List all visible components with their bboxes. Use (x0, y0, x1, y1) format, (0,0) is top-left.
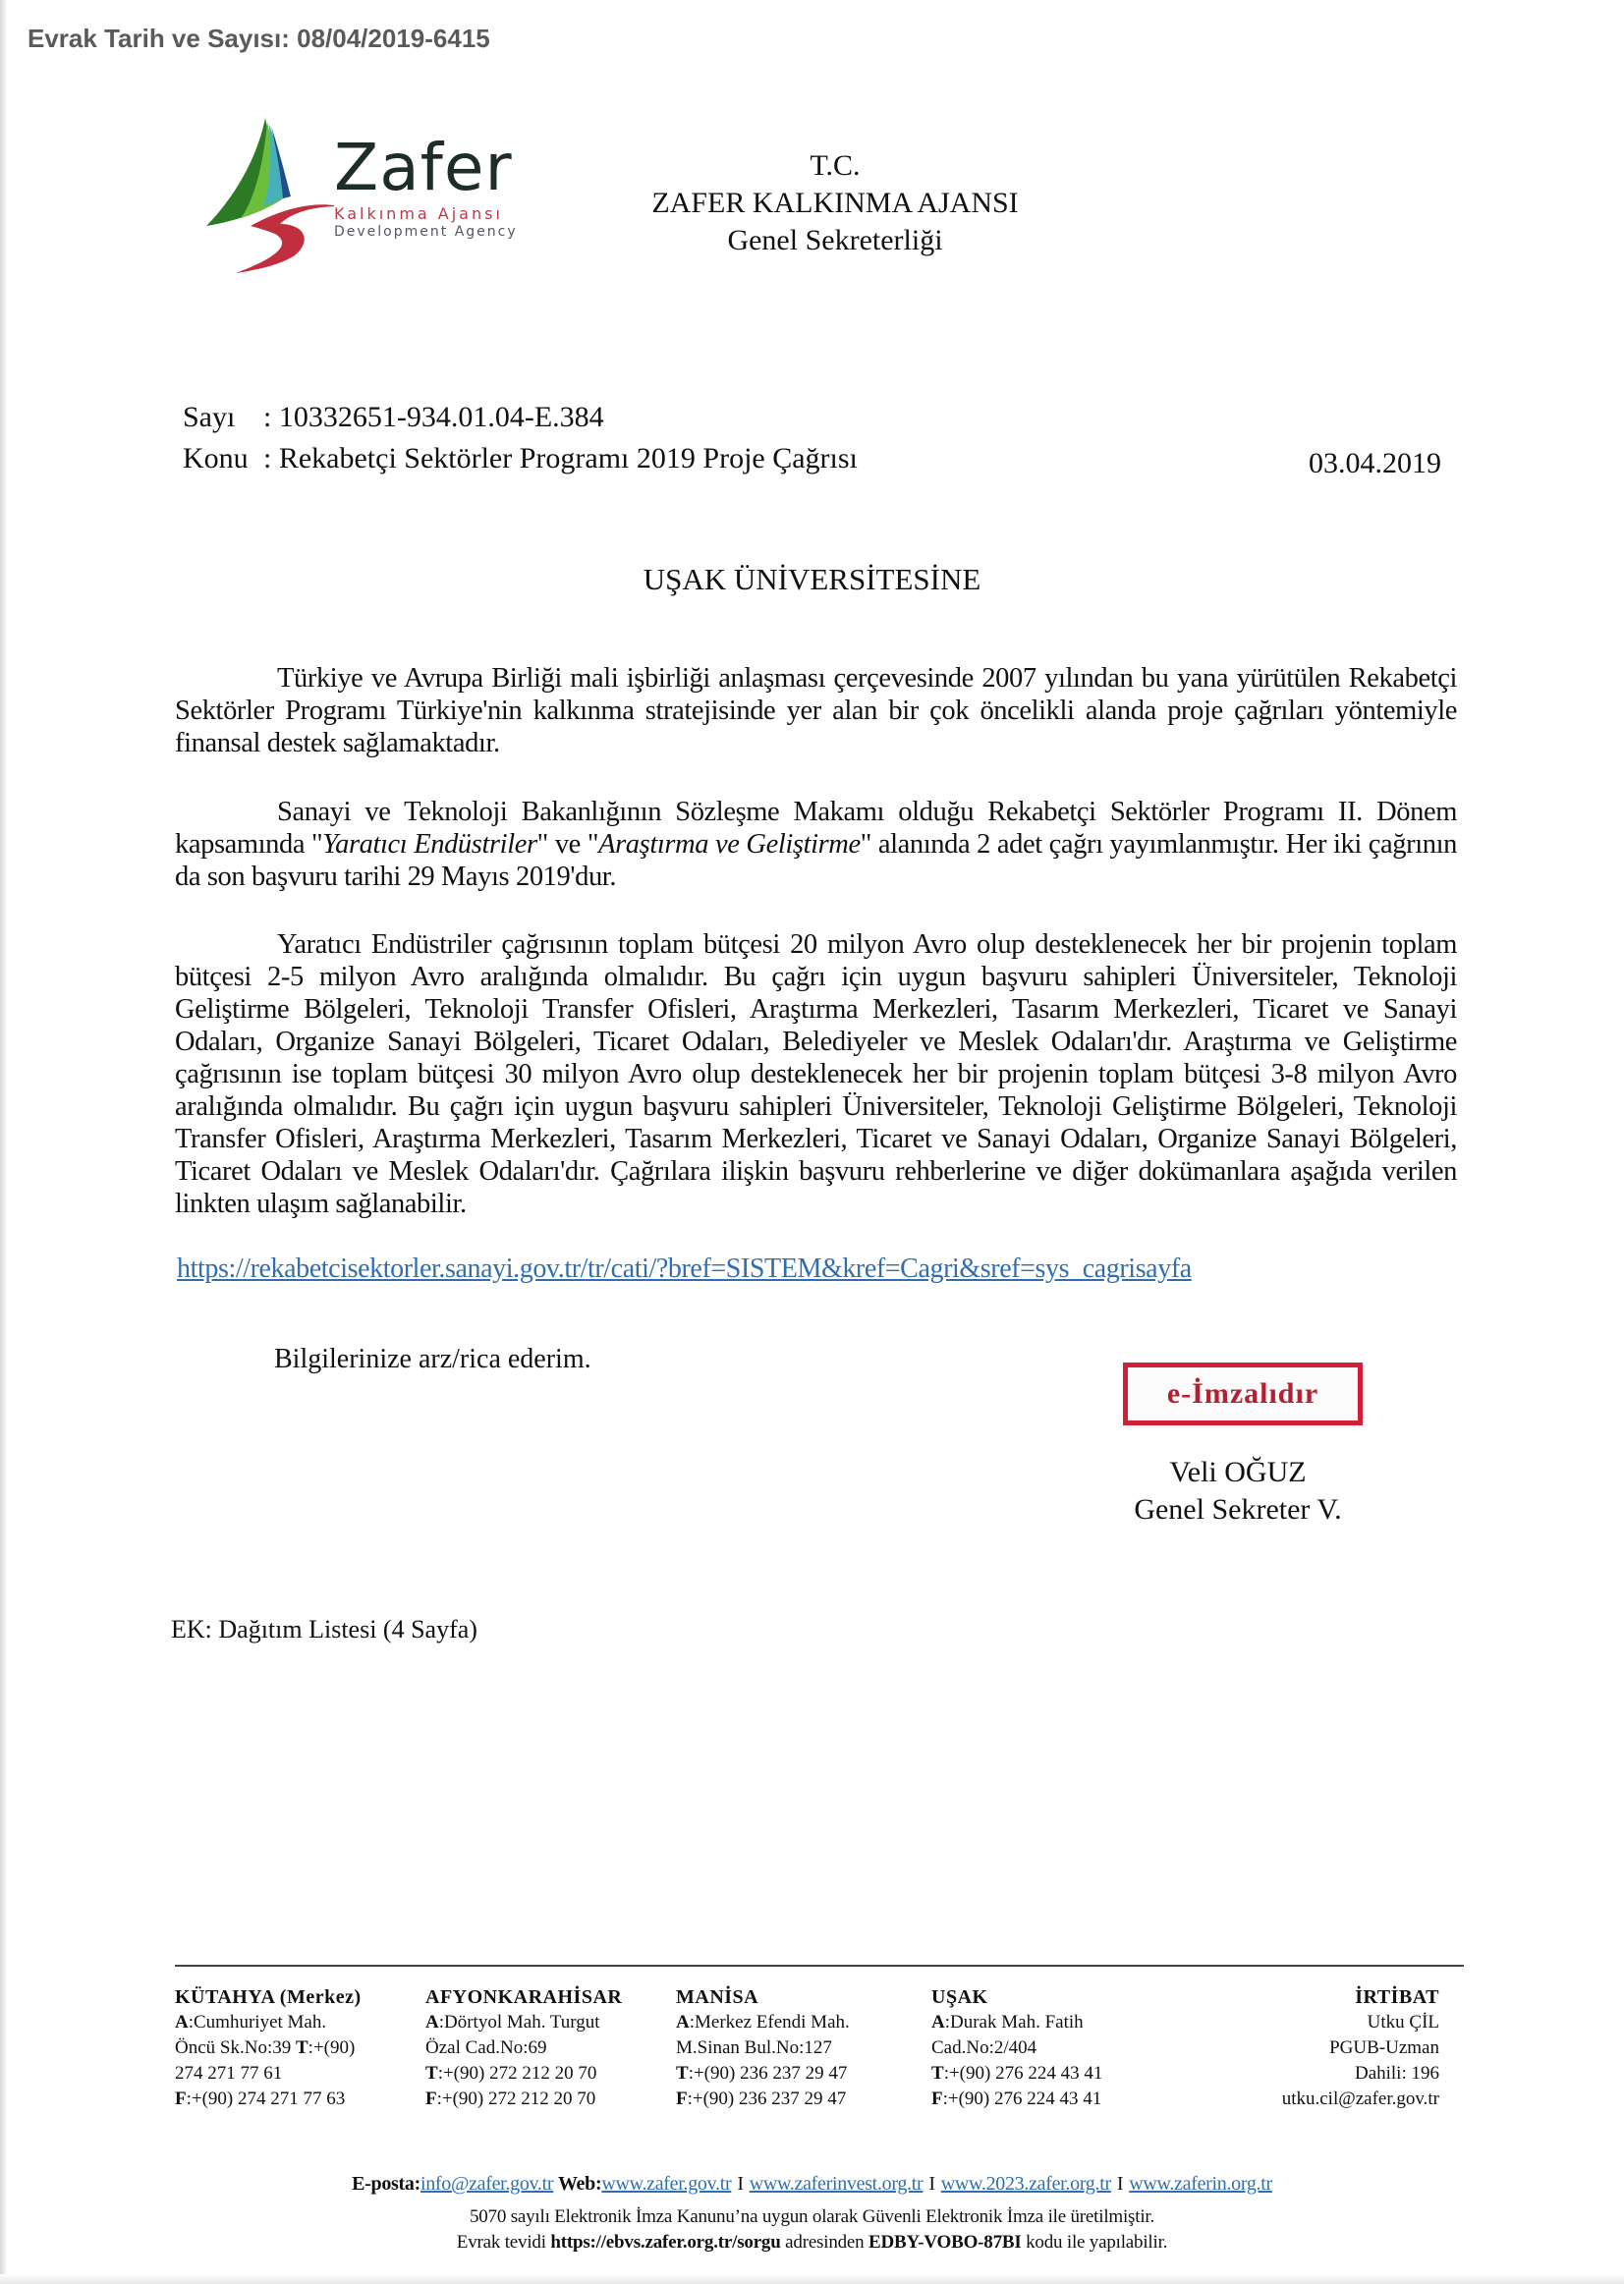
addressee: UŞAK ÜNİVERSİTESİNE (0, 562, 1624, 597)
attachment-note: EK: Dağıtım Listesi (4 Sayfa) (171, 1615, 477, 1644)
separator: I (737, 2173, 743, 2195)
verification-note: Evrak tevidi https://ebvs.zafer.org.tr/s… (0, 2232, 1624, 2254)
body-paragraph-1: Türkiye ve Avrupa Birliği mali işbirliği… (175, 662, 1457, 759)
logo-subtitle-en: Development Agency (334, 224, 518, 240)
office-manisa: MANİSA A:Merkez Efendi Mah. M.Sinan Bul.… (676, 1984, 850, 2112)
office-address-line: A:Dörtyol Mah. Turgut (425, 2010, 622, 2035)
sail-logo-icon (196, 108, 334, 275)
signatory-title: Genel Sekreter V. (1081, 1491, 1395, 1529)
signatory: Veli OĞUZ Genel Sekreter V. (1081, 1454, 1395, 1529)
agency-contact-line: E-posta:info@zafer.gov.tr Web:www.zafer.… (0, 2173, 1624, 2196)
document-date: 03.04.2019 (1309, 447, 1441, 480)
document-registry-header: Evrak Tarih ve Sayısı: 08/04/2019-6415 (28, 24, 490, 54)
website-link[interactable]: www.zaferinvest.org.tr (750, 2173, 924, 2195)
institution-heading: T.C. ZAFER KALKINMA AJANSI Genel Sekrete… (609, 147, 1061, 259)
call-name-rnd: Araştırma ve Geliştirme (598, 829, 861, 860)
agency-email-link[interactable]: info@zafer.gov.tr (420, 2173, 553, 2195)
office-fax-line: F:+(90) 272 212 20 70 (425, 2087, 622, 2112)
office-address-line: A:Cumhuriyet Mah. (175, 2010, 362, 2035)
subject-row: Konu: Rekabetçi Sektörler Programı 2019 … (183, 442, 858, 475)
body-paragraph-2: Sanayi ve Teknoloji Bakanlığının Sözleşm… (175, 796, 1457, 893)
contact-title: İRTİBAT (1218, 1984, 1439, 2010)
office-afyonkarahisar: AFYONKARAHİSAR A:Dörtyol Mah. Turgut Öza… (425, 1984, 622, 2112)
verification-text: adresinden (781, 2232, 868, 2253)
contact-role: PGUB-Uzman (1218, 2035, 1439, 2061)
contact-email[interactable]: utku.cil@zafer.gov.tr (1218, 2087, 1439, 2112)
office-fax-line: F:+(90) 274 271 77 63 (175, 2087, 362, 2112)
office-address-line: Öncü Sk.No:39 T:+(90) (175, 2035, 362, 2061)
reference-number-label: Sayı (183, 401, 263, 434)
website-link[interactable]: www.2023.zafer.org.tr (941, 2173, 1111, 2195)
office-kutahya: KÜTAHYA (Merkez) A:Cumhuriyet Mah. Öncü … (175, 1984, 362, 2112)
website-link[interactable]: www.zafer.gov.tr (601, 2173, 731, 2195)
institution-line-tc: T.C. (609, 147, 1061, 185)
verification-text: kodu ile yapılabilir. (1022, 2232, 1168, 2253)
subject-value: : Rekabetçi Sektörler Programı 2019 Proj… (263, 442, 858, 474)
e-signature-stamp: e-İmzalıdır (1123, 1363, 1363, 1425)
program-call-link[interactable]: https://rekabetcisektorler.sanayi.gov.tr… (177, 1253, 1192, 1285)
logo-subtitle-tr: Kalkınma Ajansı (334, 204, 503, 223)
logo-wordmark: Zafer (334, 136, 513, 200)
separator: I (928, 2173, 934, 2195)
contact-name: Utku ÇİL (1218, 2010, 1439, 2035)
office-fax-line: F:+(90) 236 237 29 47 (676, 2087, 850, 2112)
web-label: Web: (558, 2173, 601, 2195)
office-address-line: M.Sinan Bul.No:127 (676, 2035, 850, 2061)
footer-divider (175, 1965, 1464, 1967)
contact-extension: Dahili: 196 (1218, 2061, 1439, 2087)
reference-number-row: Sayı: 10332651-934.01.04-E.384 (183, 401, 604, 434)
office-phone-line: 274 271 77 61 (175, 2061, 362, 2087)
email-label: E-posta: (352, 2173, 420, 2195)
verification-code: EDBY-VOBO-87BI (868, 2232, 1022, 2253)
office-address-line: Cad.No:2/404 (931, 2035, 1102, 2061)
call-name-creative-industries: Yaratıcı Endüstriler (322, 829, 536, 860)
office-title: MANİSA (676, 1984, 850, 2010)
closing-sentence: Bilgilerinize arz/rica ederim. (274, 1344, 591, 1375)
office-title: KÜTAHYA (Merkez) (175, 1984, 362, 2010)
office-title: UŞAK (931, 1984, 1102, 2010)
separator: I (1117, 2173, 1123, 2195)
e-signature-law-note: 5070 sayılı Elektronik İmza Kanunu’na uy… (0, 2206, 1624, 2228)
reference-number-value: : 10332651-934.01.04-E.384 (263, 401, 604, 433)
paragraph-2-text: " ve " (537, 829, 598, 860)
verification-text: Evrak tevidi (457, 2232, 551, 2253)
office-phone-line: T:+(90) 272 212 20 70 (425, 2061, 622, 2087)
office-phone-line: T:+(90) 276 224 43 41 (931, 2061, 1102, 2087)
body-paragraph-3: Yaratıcı Endüstriler çağrısının toplam b… (175, 928, 1457, 1220)
office-usak: UŞAK A:Durak Mah. Fatih Cad.No:2/404 T:+… (931, 1984, 1102, 2112)
institution-line-name: ZAFER KALKINMA AJANSI (609, 185, 1061, 222)
contact-person: İRTİBAT Utku ÇİL PGUB-Uzman Dahili: 196 … (1218, 1984, 1439, 2112)
office-fax-line: F:+(90) 276 224 43 41 (931, 2087, 1102, 2112)
office-address-line: Özal Cad.No:69 (425, 2035, 622, 2061)
subject-label: Konu (183, 442, 263, 475)
office-phone-line: T:+(90) 236 237 29 47 (676, 2061, 850, 2087)
website-link[interactable]: www.zaferin.org.tr (1129, 2173, 1272, 2195)
scan-edge-left (0, 0, 6, 2284)
office-address-line: A:Merkez Efendi Mah. (676, 2010, 850, 2035)
signatory-name: Veli OĞUZ (1081, 1454, 1395, 1491)
agency-logo: Zafer Kalkınma Ajansı Development Agency (196, 108, 589, 275)
office-address-line: A:Durak Mah. Fatih (931, 2010, 1102, 2035)
scan-edge-bottom (0, 2274, 1624, 2284)
verification-url: https://ebvs.zafer.org.tr/sorgu (550, 2232, 780, 2253)
institution-line-dept: Genel Sekreterliği (609, 222, 1061, 259)
office-title: AFYONKARAHİSAR (425, 1984, 622, 2010)
